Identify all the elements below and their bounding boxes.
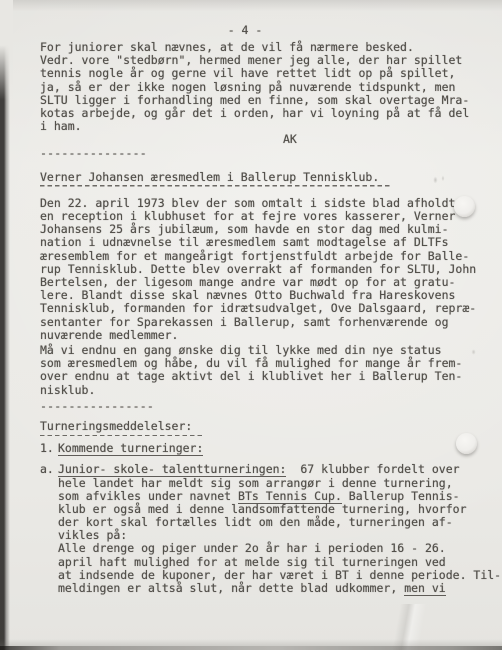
text-segment: sentanter for Sparekassen i Ballerup, sa… xyxy=(40,315,449,329)
list-marker: 1. xyxy=(40,442,54,455)
text-line: meldingen er altså slut, når dette blad … xyxy=(58,582,485,595)
text-segment: i ham. xyxy=(40,119,82,133)
text-segment: tennis nogle år og gerne vil have rettet… xyxy=(40,66,455,80)
text-segment: Johansens 25 års jubilæum, som havde en … xyxy=(40,222,449,236)
underlined-text: Kommende turneringer: xyxy=(58,441,203,456)
text-segment: rup Tennisklub. Dette blev overrakt af f… xyxy=(40,262,476,276)
text-segment: hele landet har meldt sig som arrangør i… xyxy=(58,476,453,490)
text-line: over endnu at tage aktivt del i klublive… xyxy=(40,370,485,383)
text-segment: at indsende de kuponer, der har været i … xyxy=(58,568,501,582)
list-item: a.Junior- skole- talentturneringen: 67 k… xyxy=(40,463,485,595)
signature: AK xyxy=(40,133,485,146)
text-segment: Ballerup Tennis- xyxy=(342,489,460,503)
hole-punch xyxy=(454,196,475,217)
text-segment: en reception i klubhuset for at fejre vo… xyxy=(40,209,455,223)
text-segment: nation i udnævnelse til æresmedlem samt … xyxy=(40,235,449,249)
smudge-mark xyxy=(430,172,448,188)
text-segment: over endnu at tage aktivt del i klublive… xyxy=(40,369,462,383)
text-segment: lere. Blandt disse skal nævnes Otto Buch… xyxy=(40,288,455,302)
hole-punch xyxy=(456,433,477,454)
text-segment: Alle drenge og piger under 2o år har i p… xyxy=(58,541,446,555)
text-line: kotas arbejde, og går det i orden, har v… xyxy=(40,107,485,120)
underlined-text: men vi xyxy=(404,581,446,596)
para: For juniorer skal nævnes, at de vil få n… xyxy=(40,41,485,133)
paper-bottom-edge-shadow xyxy=(0,646,502,650)
smudge-mark xyxy=(468,346,482,358)
text-segment: nisklub. xyxy=(40,383,95,397)
separator: --------------- xyxy=(40,147,485,160)
paper-left-edge-fade xyxy=(0,0,13,100)
paper-top-edge-shadow xyxy=(0,0,502,14)
text-line: nisklub. xyxy=(40,384,485,397)
text-segment: Tennisklub, formanden for idrætsudvalget… xyxy=(40,301,476,315)
list-marker: a. xyxy=(40,463,54,476)
page-number: - 4 - xyxy=(31,24,459,37)
text-segment: Bertelsen, der ligesom mange andre var m… xyxy=(40,275,455,289)
text-segment: kotas arbejde, og går det i orden, har v… xyxy=(40,106,469,120)
list-item: 1.Kommende turneringer: xyxy=(40,442,485,455)
text-line: i ham. xyxy=(40,120,485,133)
text-segment: meldingen er altså slut, når dette blad … xyxy=(58,581,404,595)
text-segment: april haft mulighed for at melde sig til… xyxy=(58,555,446,569)
section-heading: Turneringsmeddelelser: xyxy=(40,420,485,436)
text-segment: der kort skal fortælles lidt om den måde… xyxy=(58,515,453,529)
section-heading: Verner Johansen æresmedlem i Ballerup Te… xyxy=(40,171,485,187)
text-line: Kommende turneringer: xyxy=(58,442,485,455)
text-segment: Den 22. april 1973 blev der som omtalt i… xyxy=(40,196,455,210)
heading-text: Verner Johansen æresmedlem i Ballerup Te… xyxy=(40,171,391,187)
text-segment: Må vi endnu en gang ønske dig til lykke … xyxy=(40,343,442,357)
text-segment: æresemblem for et mangeårigt fortjenstfu… xyxy=(40,249,469,263)
text-segment: SLTU ligger i forhandling med en finne, … xyxy=(40,93,469,107)
heading-text: Turneringsmeddelelser: xyxy=(40,420,204,436)
text-segment: som afvikles under navnet xyxy=(58,489,238,503)
scanned-page: - 4 - For juniorer skal nævnes, at de vi… xyxy=(0,0,502,650)
text-segment: nuværende medlemmer. xyxy=(40,328,178,342)
text-segment: klub er også med i denne landsomfattende… xyxy=(58,502,467,516)
separator: ---------------- xyxy=(40,400,485,413)
text-segment: For juniorer skal nævnes, at de vil få n… xyxy=(40,40,414,54)
para: Den 22. april 1973 blev der som omtalt i… xyxy=(40,197,485,342)
text-segment: som æresmedlem og håbe, du vil få muligh… xyxy=(40,356,462,370)
page-body: For juniorer skal nævnes, at de vil få n… xyxy=(40,37,485,595)
para: Må vi endnu en gang ønske dig til lykke … xyxy=(40,344,485,397)
text-segment: ja, så er der ikke nogen løsning på nuvæ… xyxy=(40,80,455,94)
text-line: nuværende medlemmer. xyxy=(40,329,485,342)
text-segment: 67 klubber fordelt over xyxy=(286,462,459,476)
